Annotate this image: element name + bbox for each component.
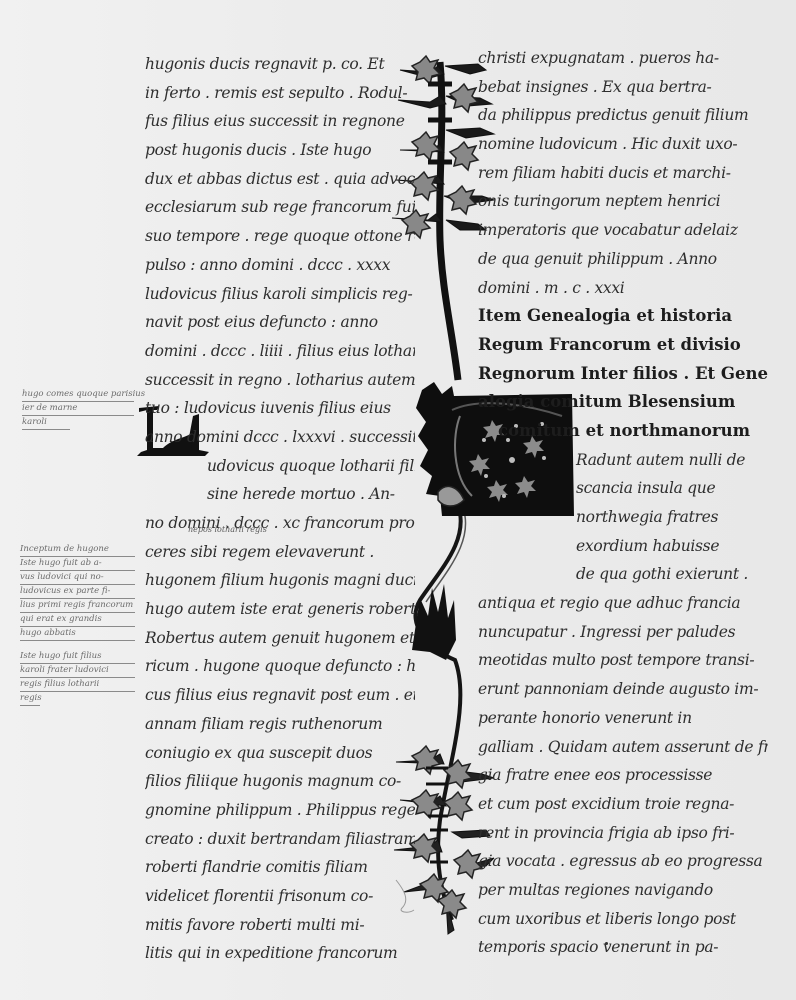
- text-line: onis turingorum neptem henrici: [478, 187, 768, 216]
- text-line: scancia insula que: [478, 474, 768, 503]
- marginal-line: vus ludovici qui no-: [20, 571, 135, 585]
- text-line: ecclesiarum sub rege francorum fuit: [145, 193, 415, 222]
- text-line: coniugio ex qua suscepit duos: [145, 739, 415, 768]
- text-line: creato : duxit bertrandam filiastram: [145, 825, 415, 854]
- text-line: hugo autem iste erat generis roberti: [145, 595, 415, 624]
- text-line: anno domini dccc . lxxxvi . successit: [145, 423, 415, 452]
- marginal-line: hugo comes quoque parisius: [22, 388, 134, 402]
- marginal-line: regis filius lotharii: [20, 678, 135, 692]
- text-line: filios filiique hugonis magnum co-: [145, 767, 415, 796]
- text-line: cum uxoribus et liberis longo post: [478, 905, 768, 934]
- text-line: bebat insignes . Ex qua bertra-: [478, 73, 768, 102]
- marginal-line: lius primi regis francorum: [20, 599, 135, 613]
- text-line: Robertus autem genuit hugonem et hen-: [145, 624, 415, 653]
- section-heading-line: Regnorum Inter filios . Et Gene-: [478, 360, 768, 389]
- manuscript-page: hugonis ducis regnavit p. co. Et in fert…: [0, 0, 796, 1000]
- text-line: roberti flandrie comitis filiam: [145, 853, 415, 882]
- text-line: pulso : anno domini . dccc . xxxx: [145, 251, 415, 280]
- section-heading-line: alogia comitum Blesensium: [478, 388, 768, 417]
- text-line: meotidas multo post tempore transi-: [478, 646, 768, 675]
- text-line: mitis favore roberti multi mi-: [145, 911, 415, 940]
- text-line: de qua genuit philippum . Anno: [478, 245, 768, 274]
- ink-speck: [605, 942, 608, 945]
- text-line: galliam . Quidam autem asserunt de fri-: [478, 733, 768, 762]
- text-line: domini . m . c . xxxi: [478, 274, 768, 303]
- marginal-line: Iste hugo fuit ab a-: [20, 557, 135, 571]
- marginal-line: karoli: [22, 416, 70, 430]
- text-line: cus filius eius regnavit post eum . et a…: [145, 681, 415, 710]
- text-line: gnomine philippum . Philippus rege: [145, 796, 415, 825]
- text-line: in ferto . remis est sepulto . Rodul-: [145, 79, 415, 108]
- text-line: perante honorio venerunt in: [478, 704, 768, 733]
- text-line: hugonem filium hugonis magni ducis: [145, 566, 415, 595]
- marginal-line: qui erat ex grandis: [20, 613, 135, 627]
- marginal-line: karoli frater ludovici: [20, 664, 135, 678]
- text-line: et cum post excidium troie regna-: [478, 790, 768, 819]
- text-line: successit in regno . lotharius autem mor…: [145, 366, 415, 395]
- text-line: rem filiam habiti ducis et marchi-: [478, 159, 768, 188]
- text-line: Radunt autem nulli de: [478, 446, 768, 475]
- text-line: antiqua et regio que adhuc francia: [478, 589, 768, 618]
- text-line: da philippus predictus genuit filium: [478, 101, 768, 130]
- text-line: de qua gothi exierunt .: [478, 560, 768, 589]
- marginal-line: regis: [20, 692, 40, 706]
- marginal-line: Inceptum de hugone: [20, 543, 135, 557]
- text-line: ricum . hugone quoque defuncto : henri-: [145, 652, 415, 681]
- right-text-column: christi expugnatam . pueros ha- bebat in…: [478, 44, 768, 962]
- text-line: videlicet florentii frisonum co-: [145, 882, 415, 911]
- text-line: udovicus quoque lotharii filius: [145, 452, 415, 481]
- text-line: navit post eius defuncto : anno: [145, 308, 415, 337]
- marginal-note: Iste hugo fuit filius karoli frater ludo…: [20, 650, 135, 706]
- section-heading-line: Regum Francorum et divisio: [478, 331, 768, 360]
- section-heading-line: Item Genealogia et historia: [478, 302, 768, 331]
- section-heading-line: comitum et northmanorum: [478, 417, 768, 446]
- text-line: imperatoris que vocabatur adelaiz: [478, 216, 768, 245]
- text-line: nuncupatur . Ingressi per paludes: [478, 618, 768, 647]
- marginal-line: Iste hugo fuit filius: [20, 650, 135, 664]
- text-line: ceres sibi regem elevaverunt .: [145, 538, 415, 567]
- text-line: nomine ludovicum . Hic duxit uxo-: [478, 130, 768, 159]
- text-line: christi expugnatam . pueros ha-: [478, 44, 768, 73]
- text-line: hugonis ducis regnavit p. co. Et: [145, 50, 415, 79]
- text-line: gia vocata . egressus ab eo progressa: [478, 847, 768, 876]
- text-line: temporis spacio venerunt in pa-: [478, 933, 768, 962]
- left-text-column: hugonis ducis regnavit p. co. Et in fert…: [145, 50, 415, 968]
- text-line: northwegia fratres: [478, 503, 768, 532]
- text-line: domini . dccc . liiii . filius eius loth…: [145, 337, 415, 366]
- text-line: litis qui in expeditione francorum: [145, 939, 415, 968]
- marginal-note: hugo comes quoque parisius ier de marne …: [22, 388, 134, 430]
- text-line: tuo : ludovicus iuvenis filius eius: [145, 394, 415, 423]
- interlinear-gloss: nepos lotharii regis: [188, 525, 267, 534]
- text-line: per multas regiones navigando: [478, 876, 768, 905]
- text-line: post hugonis ducis . Iste hugo: [145, 136, 415, 165]
- text-line: fus filius eius successit in regnone: [145, 107, 415, 136]
- text-line: dux et abbas dictus est . quia advocatus: [145, 165, 415, 194]
- text-line: exordium habuisse: [478, 532, 768, 561]
- text-line: erunt pannoniam deinde augusto im-: [478, 675, 768, 704]
- marginal-line: hugo abbatis: [20, 627, 135, 641]
- text-line: gia fratre enee eos processisse: [478, 761, 768, 790]
- text-line: suo tempore . rege quoque ottone re-: [145, 222, 415, 251]
- text-line: sine herede mortuo . An-: [145, 480, 415, 509]
- marginal-line: ludovicus ex parte fi-: [20, 585, 135, 599]
- text-line: ludovicus filius karoli simplicis reg-: [145, 280, 415, 309]
- text-line: rent in provincia frigia ab ipso fri-: [478, 819, 768, 848]
- text-line: no domini . dccc . xc francorum pro-: [145, 509, 415, 538]
- text-line: annam filiam regis ruthenorum: [145, 710, 415, 739]
- marginal-line: ier de marne: [22, 402, 134, 416]
- marginal-note: Inceptum de hugone Iste hugo fuit ab a- …: [20, 543, 135, 641]
